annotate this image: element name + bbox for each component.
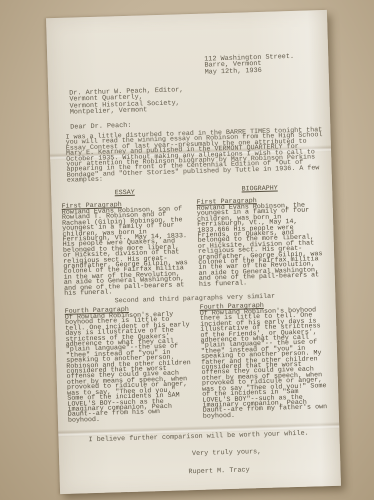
sender-address: 112 Washington Street. Barre, Vermont Ma…: [204, 54, 294, 76]
essay-column-title: ESSAY: [115, 189, 135, 198]
salutation: Dear Dr. Peach:: [70, 123, 131, 131]
biography-first-column: First Paragraph Rowland Evans Robinson, …: [196, 196, 326, 293]
first-paragraph-row: First Paragraph Rowland Evans Robinson, …: [62, 196, 327, 297]
biography-first-paragraph: Rowland Evans Robinson, the youngest in …: [197, 203, 326, 288]
essay-first-column: First Paragraph Rowland Evans Robinson, …: [62, 200, 192, 297]
intro-paragraph: I was a little disturbed to read in the …: [65, 128, 324, 184]
biography-column-title: BIOGRAPHY: [241, 184, 277, 193]
closing-line: I believe further comparison will be wor…: [88, 430, 308, 445]
essay-first-paragraph: Rowland Evans Robinson, son of Rowland T…: [62, 207, 192, 297]
essay-fourth-paragraph: Of Rowland Robinson's early boyhood ther…: [65, 312, 195, 424]
fourth-paragraph-row: Fourth Paragraph Of Rowland Robinson's e…: [65, 301, 330, 424]
recipient-address: Dr. Arthur W. Peach, Editor, Vermont Qua…: [69, 87, 184, 116]
letter-paper: 112 Washington Street. Barre, Vermont Ma…: [46, 10, 341, 494]
valediction: Very truly yours,: [192, 448, 262, 458]
essay-fourth-column: Fourth Paragraph Of Rowland Robinson's e…: [65, 305, 195, 424]
biography-fourth-paragraph: Of Rowland Robinson's boyhood there is l…: [200, 308, 330, 420]
signature-name: Rupert M. Tracy: [188, 466, 249, 476]
biography-fourth-column: Fourth Paragraph Of Rowland Robinson's b…: [200, 301, 330, 420]
